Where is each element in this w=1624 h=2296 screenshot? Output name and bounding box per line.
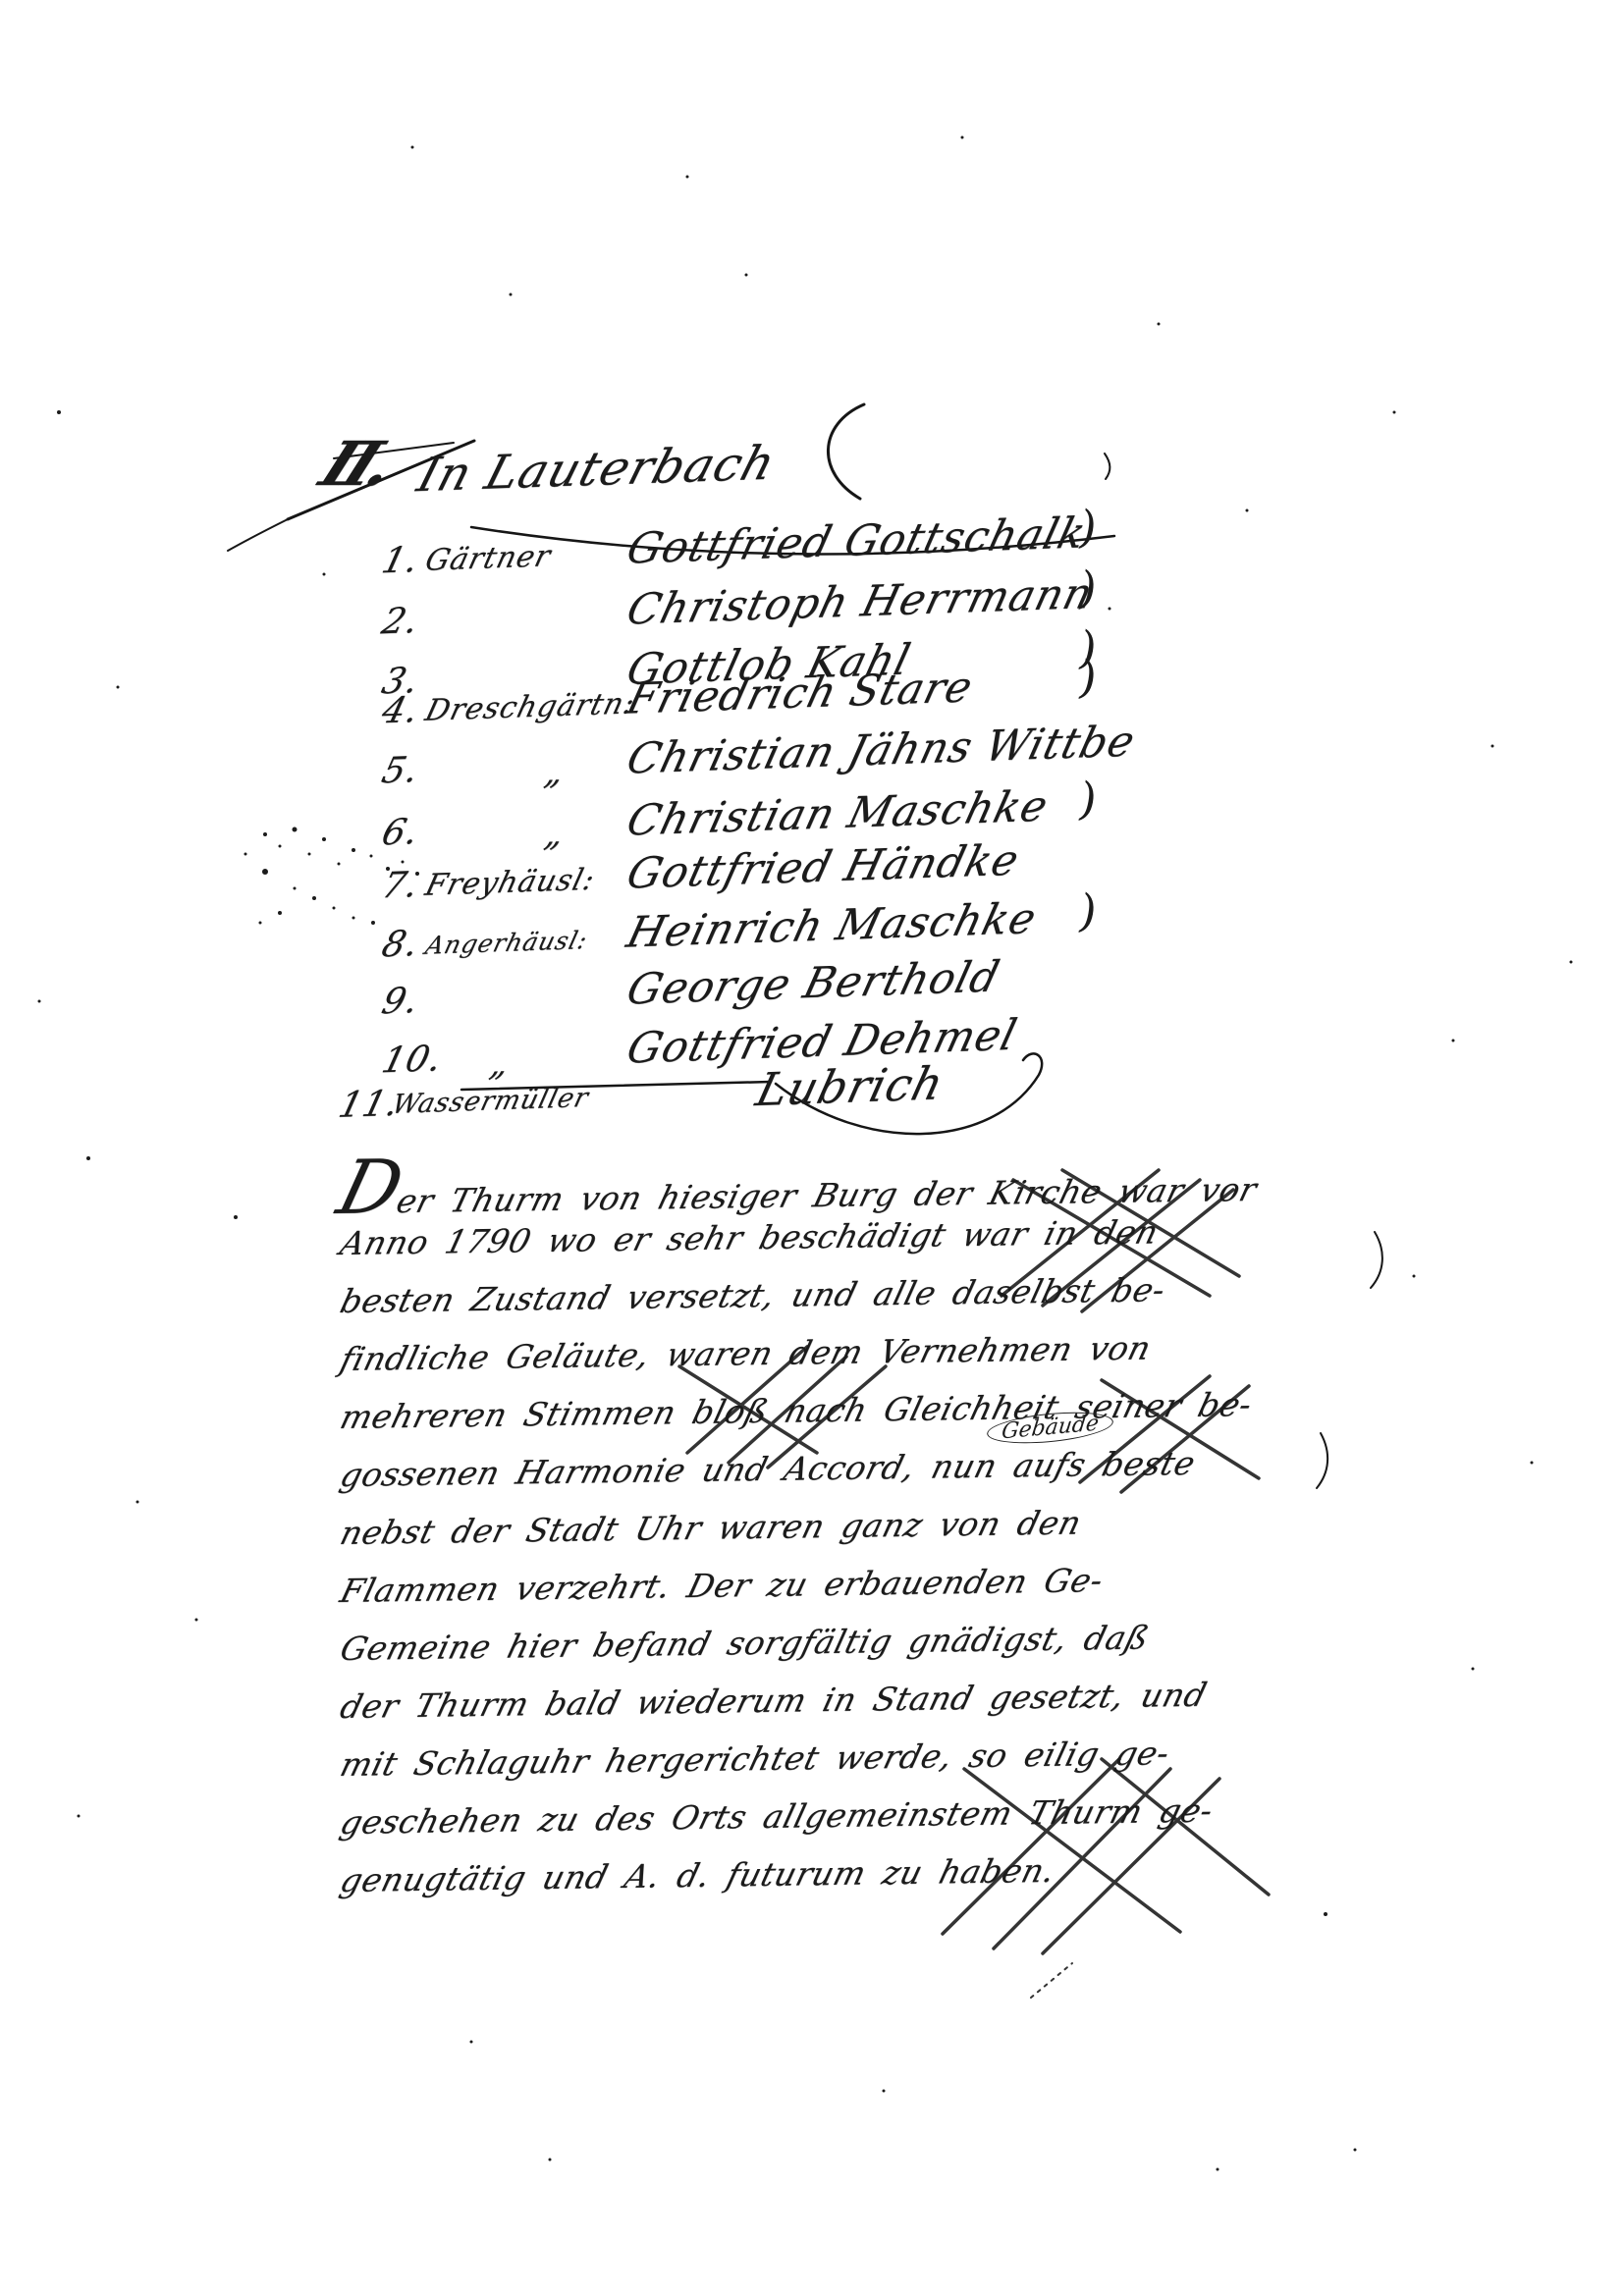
entry-paren-flourish: ) — [1075, 500, 1102, 555]
entry-number: 4. — [378, 690, 424, 732]
entry-number: 5. — [378, 750, 424, 792]
entry-number: 2. — [378, 601, 424, 643]
ditto-mark: „ — [541, 753, 569, 793]
entry-occupation: Freyhäusl: — [422, 863, 599, 903]
scanned-document-page: II. In Lauterbach 1. Gärtner Gottfried G… — [0, 0, 1624, 2296]
heading-numeral: II. — [310, 428, 403, 500]
ditto-mark: „ — [541, 815, 569, 855]
entry-number: 1. — [378, 540, 424, 582]
section-heading: II. In Lauterbach — [326, 428, 772, 500]
entry-occupation: Angerhäusl: — [422, 926, 590, 960]
entry-occupation: Gärtner — [422, 539, 555, 578]
entry-number: 6. — [378, 812, 424, 854]
entry-name: Gottfried Gottschalk — [622, 508, 1091, 574]
entry-number: 9. — [378, 981, 424, 1023]
body-paragraph: Der Thurm von hiesiger Burg der Kirche w… — [339, 1166, 1340, 1919]
entry-number: 7. — [378, 865, 424, 907]
resident-list: 1. Gärtner Gottfried Gottschalk ) 2. Chr… — [334, 535, 1218, 1163]
entry-number: 8. — [378, 924, 424, 966]
entry-occupation: Wassermüller — [389, 1083, 592, 1120]
entry-occupation: Dreschgärtn: — [422, 686, 639, 728]
entry-paren-flourish: ) — [1075, 772, 1102, 827]
heading-title: In Lauterbach — [411, 436, 782, 503]
entry-paren-flourish: ) — [1075, 561, 1102, 615]
entry-name: Lubrich — [751, 1056, 949, 1116]
